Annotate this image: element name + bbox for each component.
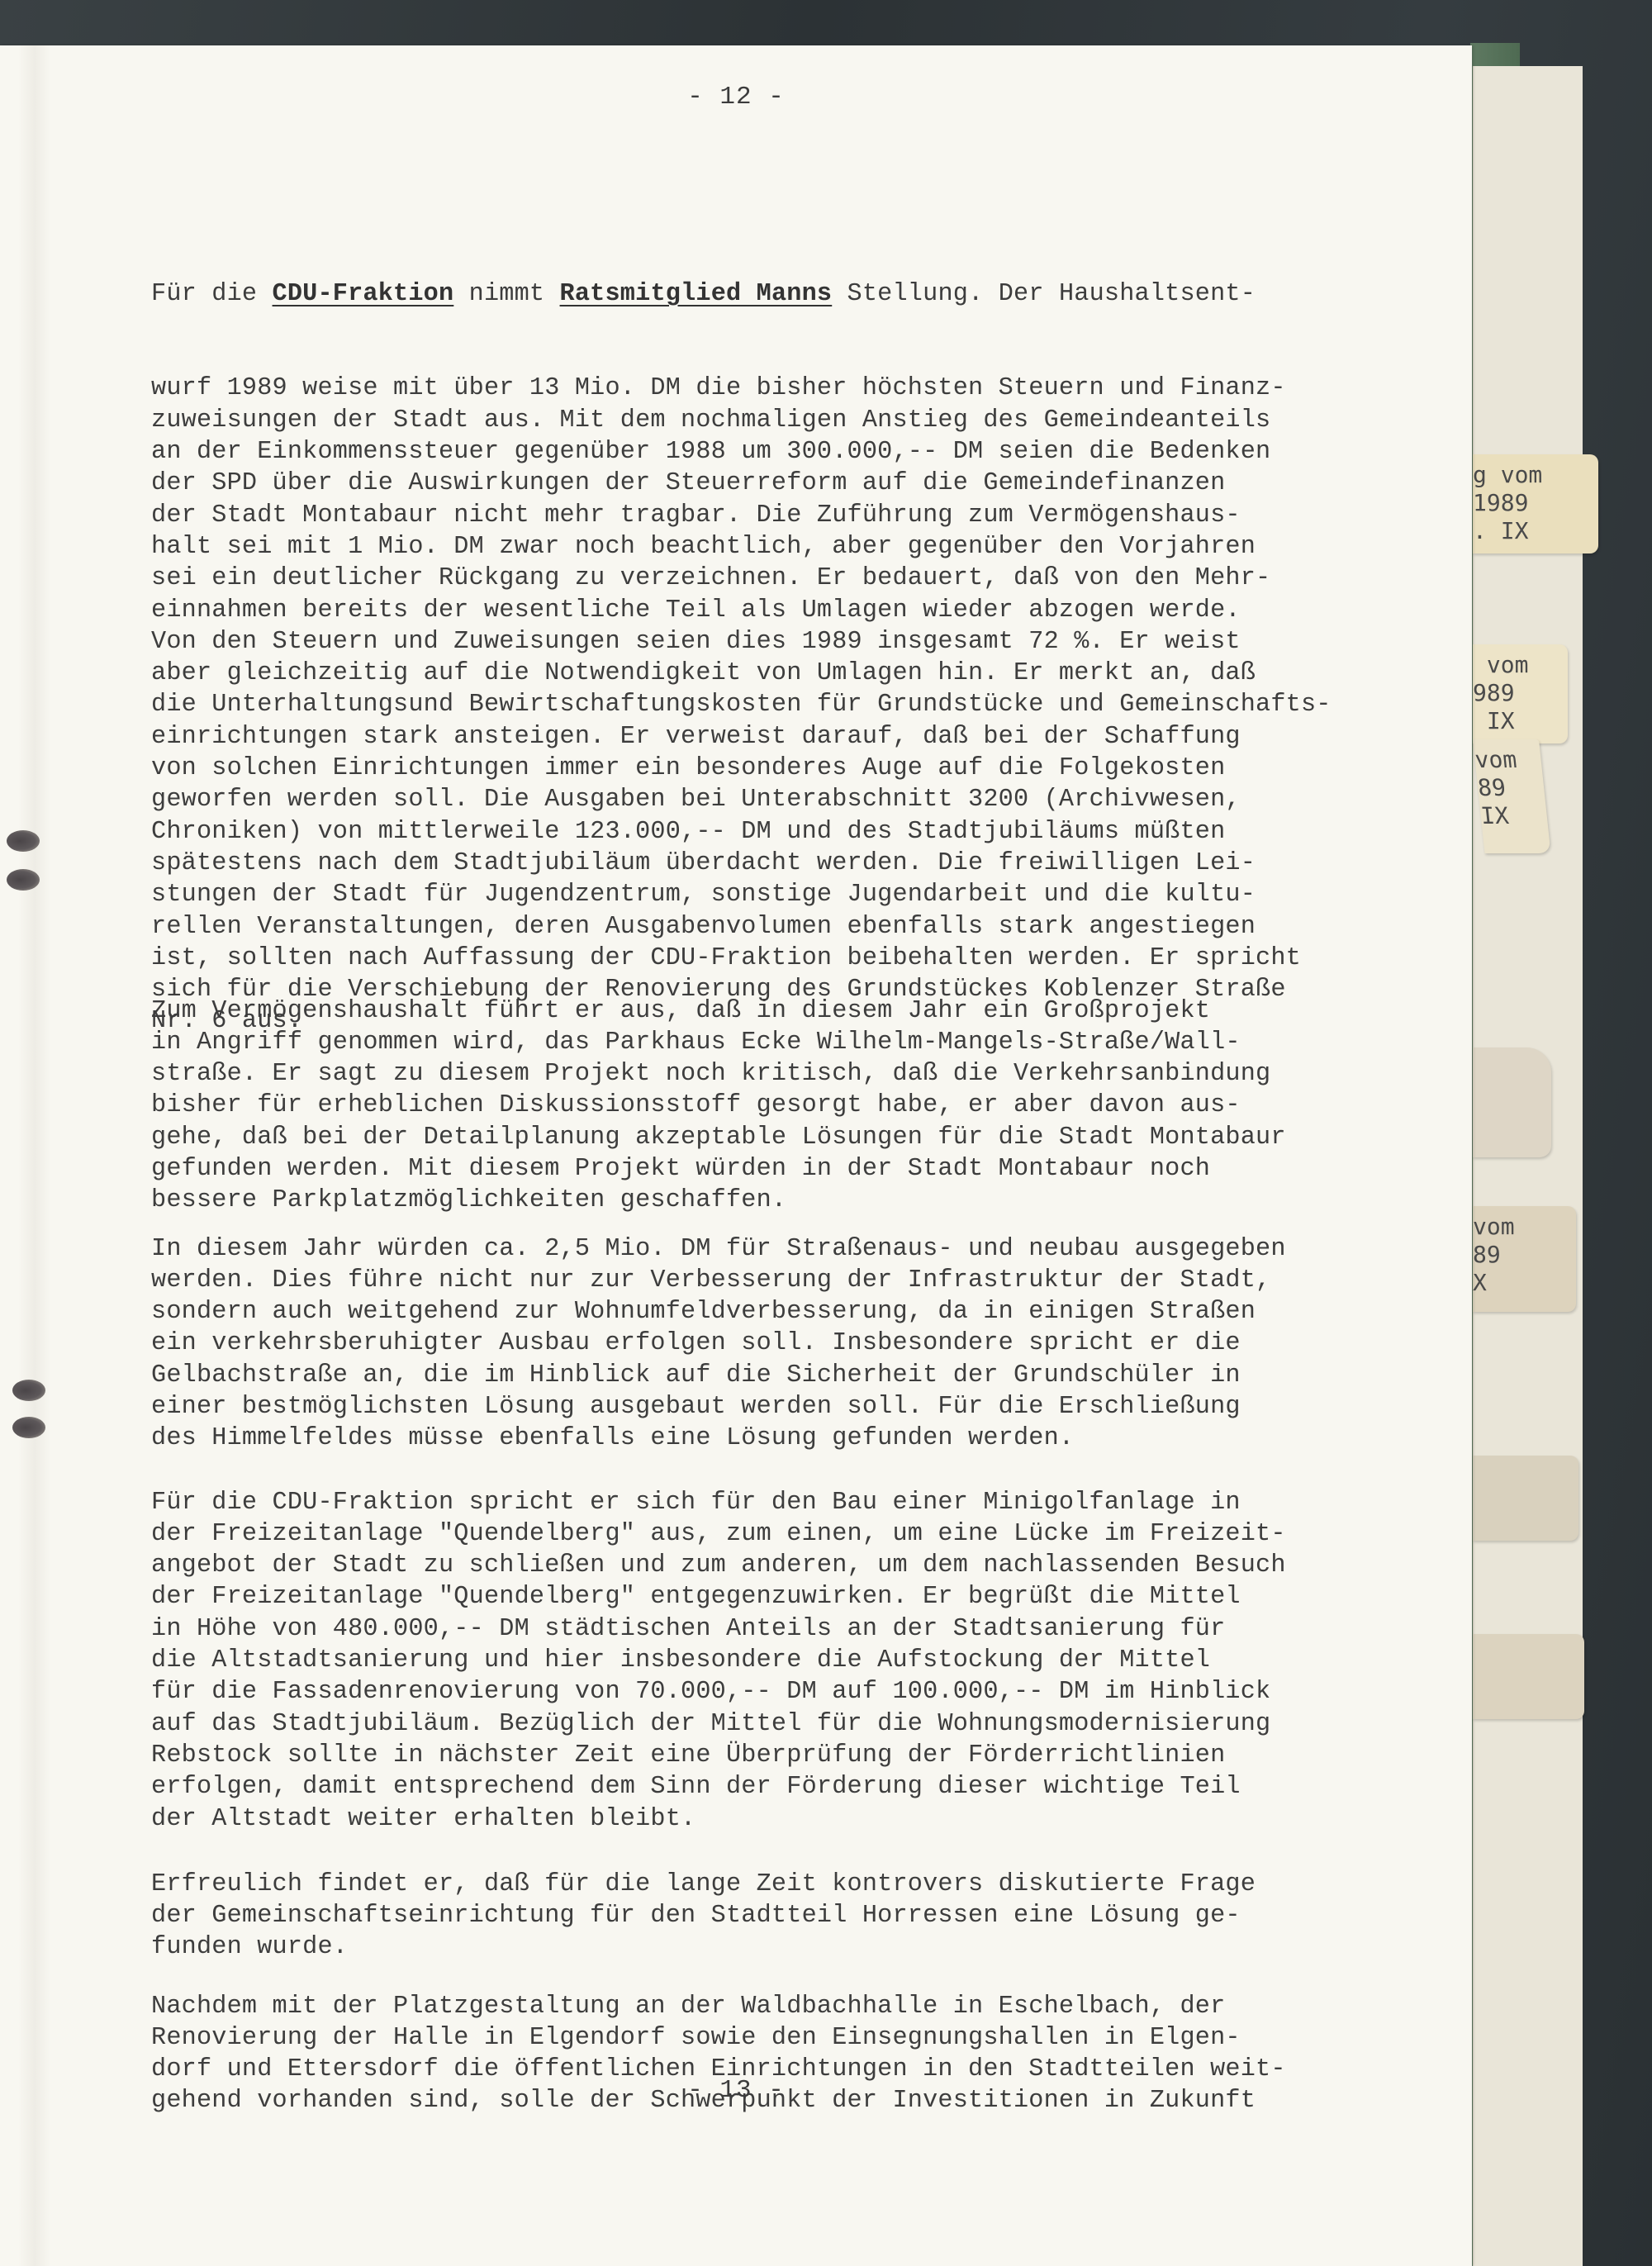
text-line: Renovierung der Halle in Elgendorf sowie… xyxy=(151,2022,1365,2054)
text-line: in Höhe von 480.000,-- DM städtischen An… xyxy=(151,1613,1365,1645)
text-line: der Stadt Montabaur nicht mehr tragbar. … xyxy=(151,500,1365,531)
text-line: Nachdem mit der Platzgestaltung an der W… xyxy=(151,1991,1365,2022)
text-line: sei ein deutlicher Rückgang zu verzeichn… xyxy=(151,563,1365,594)
text-line: stungen der Stadt für Jugendzentrum, son… xyxy=(151,879,1365,910)
index-tab[interactable]: vom 89 X xyxy=(1473,1206,1576,1312)
text-line: Erfreulich findet er, daß für die lange … xyxy=(151,1869,1365,1900)
text-line: Von den Steuern und Zuweisungen seien di… xyxy=(151,626,1365,658)
index-tab-blank[interactable] xyxy=(1473,1634,1584,1719)
text-line: zuweisungen der Stadt aus. Mit dem nochm… xyxy=(151,405,1365,436)
binding-hole xyxy=(7,830,40,852)
text-line: gehe, daß bei der Detailplanung akzeptab… xyxy=(151,1122,1365,1153)
index-tab-blank[interactable] xyxy=(1473,1047,1551,1157)
text-line: die Altstadtsanierung und hier insbesond… xyxy=(151,1645,1365,1676)
text-line: einnahmen bereits der wesentliche Teil a… xyxy=(151,595,1365,626)
text-line: wurf 1989 weise mit über 13 Mio. DM die … xyxy=(151,373,1365,404)
text-line: einrichtungen stark ansteigen. Er verwei… xyxy=(151,721,1365,753)
text-line: von solchen Einrichtungen immer ein beso… xyxy=(151,753,1365,784)
text-line: für die Fassadenrenovierung von 70.000,-… xyxy=(151,1676,1365,1708)
text-line: werden. Dies führe nicht nur zur Verbess… xyxy=(151,1265,1365,1296)
binding-hole xyxy=(12,1380,45,1401)
paragraph-stadtteile: Nachdem mit der Platzgestaltung an der W… xyxy=(151,1927,1365,2149)
text-line: der Freizeitanlage "Quendelberg" entgege… xyxy=(151,1581,1365,1613)
page-number-top: - 12 - xyxy=(0,83,1472,112)
text-line: erfolgen, damit entsprechend dem Sinn de… xyxy=(151,1771,1365,1803)
text-line: die Unterhaltungsund Bewirtschaftungskos… xyxy=(151,689,1365,720)
text-line: der Freizeitanlage "Quendelberg" aus, zu… xyxy=(151,1518,1365,1550)
paragraph-minigolf-altstadt: Für die CDU-Fraktion spricht er sich für… xyxy=(151,1423,1365,1866)
index-tab[interactable]: vom 989 IX xyxy=(1473,644,1568,743)
text-line: angebot der Stadt zu schließen und zum a… xyxy=(151,1550,1365,1581)
text-line: Gelbachstraße an, die im Hinblick auf di… xyxy=(151,1360,1365,1391)
index-tab-blank[interactable] xyxy=(1473,1456,1578,1541)
text-line: an der Einkommenssteuer gegenüber 1988 u… xyxy=(151,436,1365,468)
text-line: der SPD über die Auswirkungen der Steuer… xyxy=(151,468,1365,499)
text-line: Für die CDU-Fraktion spricht er sich für… xyxy=(151,1487,1365,1518)
text-line: Zum Vermögenshaushalt führt er aus, daß … xyxy=(151,995,1365,1027)
text-line: In diesem Jahr würden ca. 2,5 Mio. DM fü… xyxy=(151,1233,1365,1265)
index-tab[interactable]: vom 89 IX xyxy=(1473,739,1551,853)
binding-hole xyxy=(7,869,40,891)
text-line: ein verkehrsberuhigter Ausbau erfolgen s… xyxy=(151,1328,1365,1359)
text-line: sondern auch weitgehend zur Wohnumfeldve… xyxy=(151,1296,1365,1328)
text-line: bisher für erheblichen Diskussionsstoff … xyxy=(151,1090,1365,1121)
text-line: halt sei mit 1 Mio. DM zwar noch beachtl… xyxy=(151,531,1365,563)
speaker-party: CDU-Fraktion xyxy=(273,280,454,308)
text-line: straße. Er sagt zu diesem Projekt noch k… xyxy=(151,1058,1365,1090)
text-line: geworfen werden soll. Die Ausgaben bei U… xyxy=(151,784,1365,815)
text-line: spätestens nach dem Stadtjubiläum überda… xyxy=(151,848,1365,879)
binding-hole xyxy=(12,1417,45,1438)
register-sheets xyxy=(1473,66,1583,2266)
paragraph-first-line: Für die CDU-Fraktion nimmt Ratsmitglied … xyxy=(151,278,1365,310)
text-line: in Angriff genommen wird, das Parkhaus E… xyxy=(151,1027,1365,1058)
text-line: Chroniken) von mittlerweile 123.000,-- D… xyxy=(151,816,1365,848)
text-line: Rebstock sollte in nächster Zeit eine Üb… xyxy=(151,1740,1365,1771)
speaker-name: Ratsmitglied Manns xyxy=(560,280,833,308)
page-number-bottom: - 13 - xyxy=(0,2076,1472,2105)
text-line: einer bestmöglichsten Lösung ausgebaut w… xyxy=(151,1391,1365,1423)
text-line: auf das Stadtjubiläum. Bezüglich der Mit… xyxy=(151,1708,1365,1740)
index-tab[interactable]: g vom 1989 . IX xyxy=(1473,454,1598,553)
text-line: aber gleichzeitig auf die Notwendigkeit … xyxy=(151,658,1365,689)
